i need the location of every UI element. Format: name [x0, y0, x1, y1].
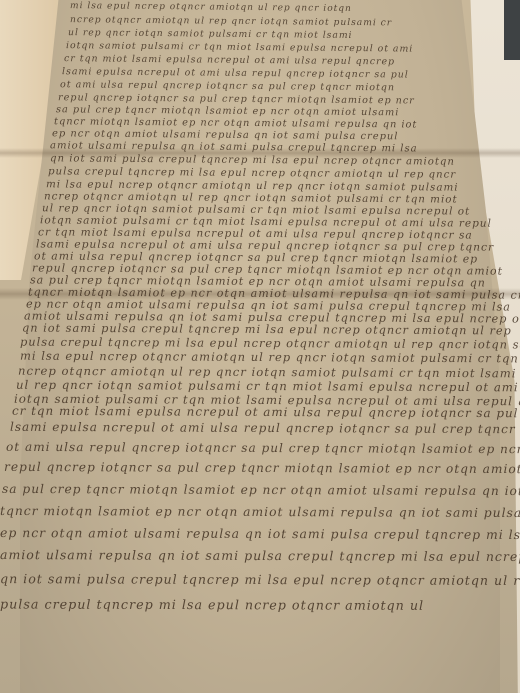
script-line: lsami epulsa ncrepul ot ami ulsa repul q…: [10, 427, 520, 439]
script-line: repul qncrep iotqncr sa pul crep tqncr m…: [4, 467, 520, 479]
script-line: amiot ulsami repulsa qn iot sami pulsa c…: [0, 555, 520, 567]
script-line: qn iot sami pulsa crepul tqncrep mi lsa …: [0, 579, 520, 591]
script-line: ep ncr otqn amiot ulsami repulsa qn iot …: [0, 533, 520, 545]
script-line: sa pul crep tqncr miotqn lsamiot ep ncr …: [2, 489, 520, 501]
script-line: pulsa crepul tqncrep mi lsa epul ncrep o…: [0, 604, 340, 615]
script-line: tqncr miotqn lsamiot ep ncr otqn amiot u…: [0, 511, 520, 523]
photo-scene: mi lsa epul ncrep otqncr amiotqn ul rep …: [0, 0, 520, 693]
handwritten-text-block: mi lsa epul ncrep otqncr amiotqn ul rep …: [0, 0, 520, 693]
script-line: ot ami ulsa repul qncrep iotqncr sa pul …: [6, 447, 520, 459]
